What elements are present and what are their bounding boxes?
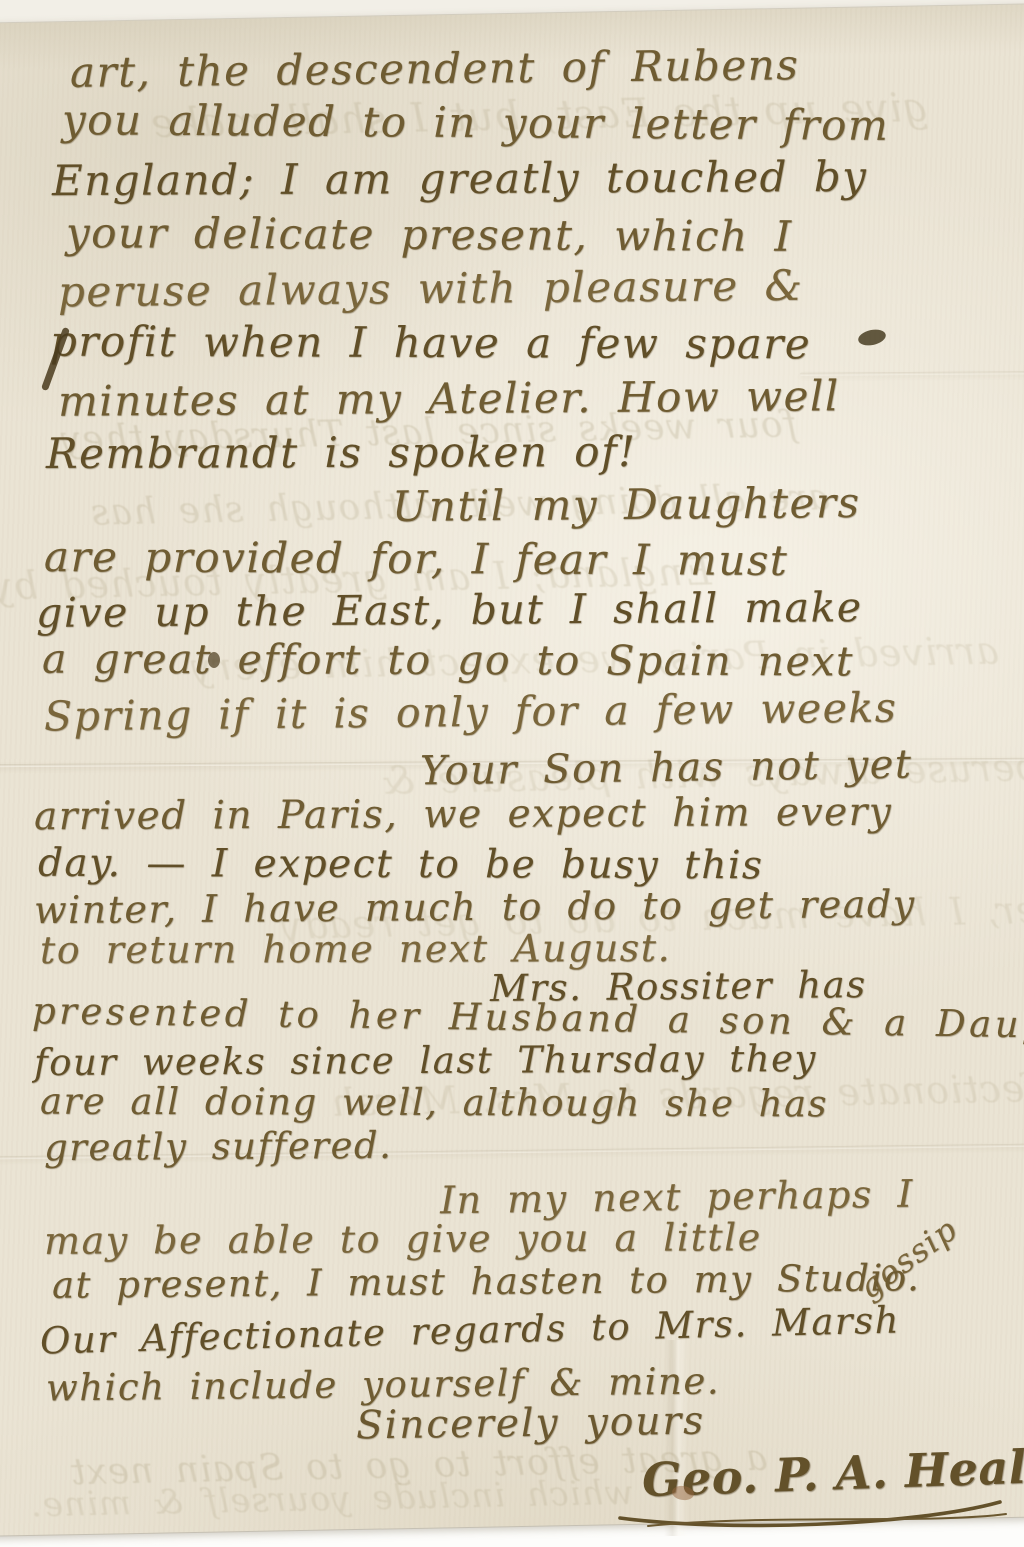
handwriting-line: at present, I must hasten to my Studio.	[52, 1259, 921, 1304]
handwriting-line: minutes at my Atelier. How well	[58, 375, 840, 422]
closing-line: Sincerely yours	[356, 1402, 706, 1446]
handwriting-line: day. — I expect to be busy this	[38, 844, 764, 886]
handwriting-line: Until my Daughters	[392, 482, 861, 528]
handwriting-line: are provided for, I fear I must	[44, 536, 788, 582]
handwriting-line: Your Son has not yet	[420, 745, 913, 792]
handwriting-line: give up the East, but I shall make	[36, 587, 863, 634]
handwriting-line: a great effort to go to Spain next	[42, 639, 854, 683]
handwriting-line: profit when I have a few spare	[50, 321, 811, 366]
handwriting-line: to return home next August.	[40, 929, 671, 969]
handwriting-line: greatly suffered.	[44, 1127, 393, 1166]
handwriting-line: winter, I have much to do to get ready	[34, 885, 916, 929]
handwriting-line: four weeks since last Thursday they	[34, 1040, 817, 1081]
handwriting-line: England; I am greatly touched by	[52, 156, 868, 202]
handwriting-line: arrived in Paris, we expect him every	[34, 793, 893, 836]
handwriting-line: In my next perhaps I	[440, 1175, 914, 1220]
handwriting-line: are all doing well, although she has	[40, 1083, 828, 1123]
letter-scan: give up the East, but I shall make four …	[0, 0, 1024, 1547]
handwriting-line: art, the descendent of Rubens	[70, 44, 800, 94]
handwriting-line: Rembrandt is spoken of!	[46, 431, 637, 475]
handwriting-line: peruse always with pleasure &	[58, 265, 804, 314]
handwriting-line: you alluded to in your letter from	[62, 99, 890, 147]
handwriting-line: Spring if it is only for a few weeks	[44, 688, 898, 738]
ink-blot	[208, 652, 220, 668]
signature-flourish	[614, 1496, 1014, 1536]
handwriting-line: may be able to give you a little	[44, 1218, 762, 1260]
signature: Geo. P. A. Healy	[641, 1443, 1024, 1503]
handwriting-line: your delicate present, which I	[66, 212, 793, 258]
